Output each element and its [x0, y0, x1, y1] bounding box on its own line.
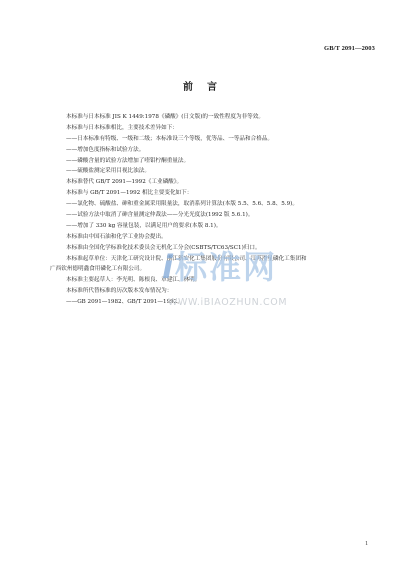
paragraph-continuation: 广西钦州德明鑫食用磷化工有限公司。	[50, 264, 380, 275]
paragraph-line: 本标准与 GB/T 2091—1992 相比主要变化如下：	[50, 188, 380, 199]
list-item: ——氯化物、硫酸盐、砷和重金属采用限量法，取消系列计算法(本版 5.5、5.6、…	[50, 199, 380, 210]
paragraph-line: 本标准起草单位：天津化工研究设计院、浙江新安化工集团股份有限公司、江苏澄星磷化工…	[50, 254, 380, 265]
paragraph-line: 本标准所代替标准的历次版本发布情况为：	[50, 286, 380, 297]
paragraph-line: 本标准与日本标准相比，主要技术差异如下：	[50, 123, 380, 134]
page-number: 1	[365, 540, 368, 547]
page-title: 前言	[0, 78, 400, 93]
foreword-body: 本标准与日本标准 JIS K 1449:1978《磷酸》(日文版)的一致性程度为…	[50, 112, 380, 308]
list-item: ——磷酸含量的试验方法增加了喹钼柠酮重量法。	[50, 156, 380, 167]
list-item: ——试验方法中取消了砷含量测定仲裁法——分光光度法(1992 版 5.6.1)。	[50, 210, 380, 221]
list-item: ——硫酸盐测定采用目视比浊法。	[50, 166, 380, 177]
paragraph-line: 本标准与日本标准 JIS K 1449:1978《磷酸》(日文版)的一致性程度为…	[50, 112, 380, 123]
list-item: ——增加色度指标和试验方法。	[50, 145, 380, 156]
paragraph-line: 本标准由中国石油和化学工业协会提出。	[50, 232, 380, 243]
standard-number: GB/T 2091—2003	[324, 45, 375, 52]
list-item: ——增加了 330 kg 容量包装，以满足用户的要求(本版 8.1)。	[50, 221, 380, 232]
paragraph-line: 本标准主要起草人：李光明、陈根良、章建江、林明。	[50, 275, 380, 286]
paragraph-line: 本标准替代 GB/T 2091—1992《工业磷酸》。	[50, 177, 380, 188]
paragraph-line: 本标准由全国化学标准化技术委员会无机化工分会(CSBTS/TC63/SC1)归口…	[50, 243, 380, 254]
list-item: ——日本标准有特级、一级和二级；本标准设三个等级，优等品、一等品和合格品。	[50, 134, 380, 145]
list-item: ——GB 2091—1982、GB/T 2091—1992。	[50, 297, 380, 308]
document-page: GB/T 2091—2003 前言 本标准与日本标准 JIS K 1449:19…	[0, 0, 400, 575]
